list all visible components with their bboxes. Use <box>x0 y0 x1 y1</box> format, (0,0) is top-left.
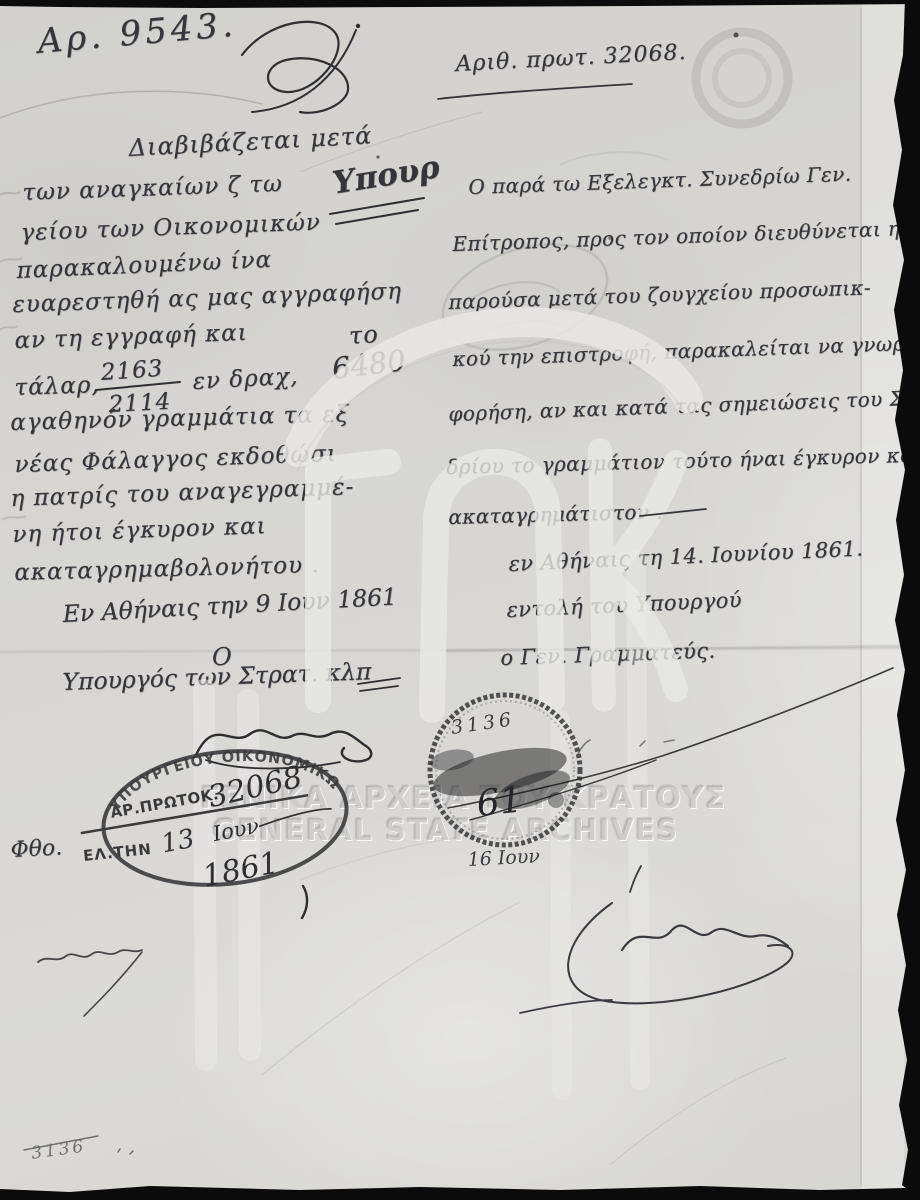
flourish-top-left <box>242 22 348 113</box>
left-note-line: αν τη εγγραφή και <box>14 320 248 354</box>
protocol-underline <box>438 84 632 99</box>
right-note-line: ακαταγρημάτιστον . <box>448 499 663 529</box>
protocol-number: Αριθ. πρωτ. 32068. <box>455 40 687 77</box>
marginal-scribble-stroke <box>84 952 142 1016</box>
bleed-mark <box>0 192 20 195</box>
fraction-numerator: 2163 <box>100 356 164 386</box>
scratch-line <box>262 902 520 1075</box>
scan-edge-top <box>0 0 920 8</box>
archive-page-number: 3136 <box>30 1136 88 1163</box>
oval-stamp-received-day: 13 <box>159 824 197 860</box>
margin-code: Φθο. <box>10 835 63 863</box>
received-one-mark <box>302 886 307 918</box>
right-note-line: Ο παρά τω Εξελεγκτ. Συνεδρίω Γεν. <box>468 162 852 199</box>
ink-speck <box>734 33 739 38</box>
left-note-line: των αναγκαίων ζ τω <box>22 171 283 206</box>
marginal-scribble <box>38 950 142 962</box>
reference-number: Αρ. 9543. <box>36 5 238 62</box>
oval-stamp-received-label: ΕΛ.ΤΗΝ <box>82 840 152 865</box>
left-note-line: Διαβιβάζεται μετά <box>128 121 373 162</box>
signature-flourish-oval <box>568 903 792 1003</box>
logo-lower-bars <box>204 690 250 1060</box>
left-date-line: Εν Αθήναις την 9 Ιουν 1861 <box>62 582 398 627</box>
bleed-scribble-3 <box>560 152 668 165</box>
emphasis-underline <box>330 198 424 224</box>
signature-tail <box>520 1000 612 1013</box>
signature-upstroke <box>630 866 641 892</box>
paper-fold-strip <box>862 0 904 1200</box>
round-stamp-number: 3136 <box>450 708 517 739</box>
bleed-scribble-2 <box>490 321 562 330</box>
embossed-seal-inner <box>715 51 769 105</box>
left-note-line: νέας Φάλαγγος εκδοθώσι <box>14 441 337 478</box>
left-signatory-title: Υπουργός των Στρατ. κλπ <box>62 657 372 696</box>
archive-watermark-greek: ΓΕΝΙΚΑ ΑΡΧΕΙΑ ΤΟΥ ΚΡΑΤΟΥΣ <box>200 781 726 816</box>
archive-watermark-english: GENERAL STATE ARCHIVES <box>212 813 679 847</box>
crease-horizontal <box>0 648 905 652</box>
small-pen-marks <box>578 740 674 754</box>
left-signature-flourish <box>196 730 371 761</box>
left-note-line: ευαρεστηθή ας μας αγγραφήση <box>12 278 402 318</box>
round-stamp-date-below: 16 Ιουν <box>467 845 541 871</box>
flourish-dot <box>356 24 360 28</box>
left-note-line: η πατρίς του αναγεγραμμέ- <box>10 474 355 512</box>
amount-value: 6480 <box>330 343 407 386</box>
right-note-line: φορήση, αν και κατά τας σημειώσεις του Σ… <box>448 385 920 426</box>
scratch-line-2 <box>610 1058 786 1165</box>
signature-squiggle <box>622 926 788 950</box>
amount-prefix: τάλαρ, <box>14 372 100 401</box>
currency-phrase: εν δραχ, <box>192 363 299 395</box>
document-scan: Αρ. 9543. Αριθ. πρωτ. 32068. Διαβιβάζετα… <box>0 0 920 1200</box>
embossed-seal-ring <box>696 32 788 124</box>
pencil-ticks <box>118 1149 133 1154</box>
left-note-line: παρακαλουμένω ίνα <box>16 247 272 284</box>
flourish-top-left-tail <box>252 30 356 112</box>
right-note-line: Επίτροπος, προς τον οποίον διευθύνεται η <box>452 216 900 256</box>
bleed-mark-4 <box>2 516 26 520</box>
right-note-line: παρούσα μετά του ζουγχείου προσωπικ- <box>448 275 871 314</box>
left-signature-underline <box>206 760 340 769</box>
right-note-line: δρίου το γραμμάτιον τούτο ήναι έγκυρον κ… <box>446 443 920 479</box>
left-note-emphasis-word: Υπουρ <box>330 149 442 201</box>
right-by-order-line: εντολή του Υπουργού <box>506 588 742 622</box>
logo-letter-alpha <box>432 462 552 710</box>
left-note-line: νη ήτοι έγκυρον και <box>12 513 267 548</box>
left-note-line: ακαταγρημαβολονήτου . <box>14 552 320 586</box>
right-date-line: εν Αθήναις τη 14. Ιουνίου 1861. <box>508 537 864 576</box>
pencil-arc <box>0 91 262 118</box>
left-note-line: γείου των Οικονομικών <box>20 210 321 246</box>
left-note-line: αγαθηνόν γραμμάτια τα εξ <box>10 401 350 436</box>
right-note-line: κού την επιστροφή, παρακαλείται να γνωρο… <box>452 331 920 371</box>
right-signatory-title: ο Γεν. Γραμματεύς. <box>500 638 716 669</box>
round-stamp-smudge-3 <box>429 746 476 773</box>
oval-stamp-received-year: 1861 <box>200 845 282 894</box>
scan-edge-bottom <box>0 1186 920 1200</box>
